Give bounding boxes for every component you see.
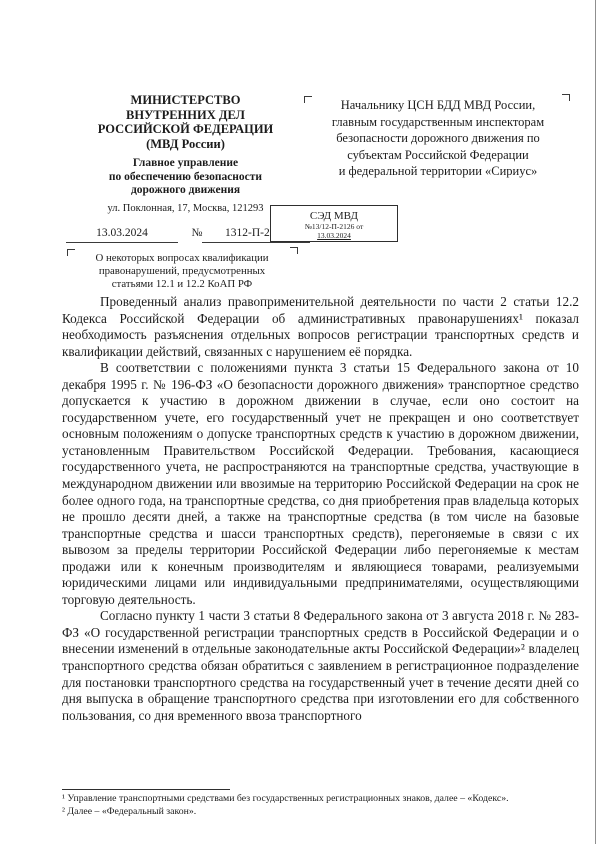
corner-mark-recipient-left xyxy=(304,96,312,103)
sed-stamp-date: 13.03.2024 xyxy=(271,231,397,240)
recipient-block: Начальнику ЦСН БДД МВД России, главным г… xyxy=(312,97,564,180)
recipient-line: безопасности дорожного движения по xyxy=(312,130,564,147)
sender-org-line: ВНУТРЕННИХ ДЕЛ xyxy=(68,108,303,123)
subject-line: статьями 12.1 и 12.2 КоАП РФ xyxy=(76,278,288,291)
sender-org-line: МИНИСТЕРСТВО xyxy=(68,93,303,108)
recipient-line: субъектам Российской Федерации xyxy=(312,147,564,164)
sender-org-line: РОССИЙСКОЙ ФЕДЕРАЦИИ xyxy=(68,122,303,137)
reference-date: 13.03.2024 xyxy=(66,227,178,243)
sender-block: МИНИСТЕРСТВО ВНУТРЕННИХ ДЕЛ РОССИЙСКОЙ Ф… xyxy=(68,93,303,215)
corner-mark-subject-right xyxy=(290,247,298,254)
subject-line: правонарушений, предусмотренных xyxy=(76,265,288,278)
document-page: МИНИСТЕРСТВО ВНУТРЕННИХ ДЕЛ РОССИЙСКОЙ Ф… xyxy=(0,0,600,844)
body-paragraph: Проведенный анализ правоприменительной д… xyxy=(62,294,579,360)
sed-stamp: СЭД МВД №13/12-П-2126 от 13.03.2024 xyxy=(270,205,398,242)
recipient-line: и федеральной территории «Сириус» xyxy=(312,163,564,180)
corner-mark-subject-left xyxy=(67,249,75,256)
sender-division-line: дорожного движения xyxy=(68,184,303,198)
sender-org: МИНИСТЕРСТВО ВНУТРЕННИХ ДЕЛ РОССИЙСКОЙ Ф… xyxy=(68,93,303,151)
footnote-separator xyxy=(62,789,230,790)
sed-stamp-number: №13/12-П-2126 от xyxy=(271,222,397,231)
footnote: ¹ Управление транспортными средствами бе… xyxy=(62,793,584,806)
scan-edge-line xyxy=(595,0,596,844)
footnotes-block: ¹ Управление транспортными средствами бе… xyxy=(62,793,584,819)
letter-body: Проведенный анализ правоприменительной д… xyxy=(62,294,579,724)
sender-division-line: по обеспечению безопасности xyxy=(68,171,303,185)
sender-org-line: (МВД России) xyxy=(68,137,303,152)
footnote: ² Далее – «Федеральный закон». xyxy=(62,806,584,819)
recipient-line: Начальнику ЦСН БДД МВД России, xyxy=(312,97,564,114)
body-paragraph: Согласно пункту 1 части 3 статьи 8 Федер… xyxy=(62,608,579,724)
subject-line: О некоторых вопросах квалификации xyxy=(76,252,288,265)
sender-division-line: Главное управление xyxy=(68,157,303,171)
recipient-line: главным государственным инспекторам xyxy=(312,114,564,131)
sender-division: Главное управление по обеспечению безопа… xyxy=(68,157,303,198)
body-paragraph: В соответствии с положениями пункта 3 ст… xyxy=(62,360,579,608)
sed-stamp-title: СЭД МВД xyxy=(271,210,397,222)
sender-address: ул. Поклонная, 17, Москва, 121293 xyxy=(68,203,303,215)
subject-block: О некоторых вопросах квалификации правон… xyxy=(76,252,288,292)
